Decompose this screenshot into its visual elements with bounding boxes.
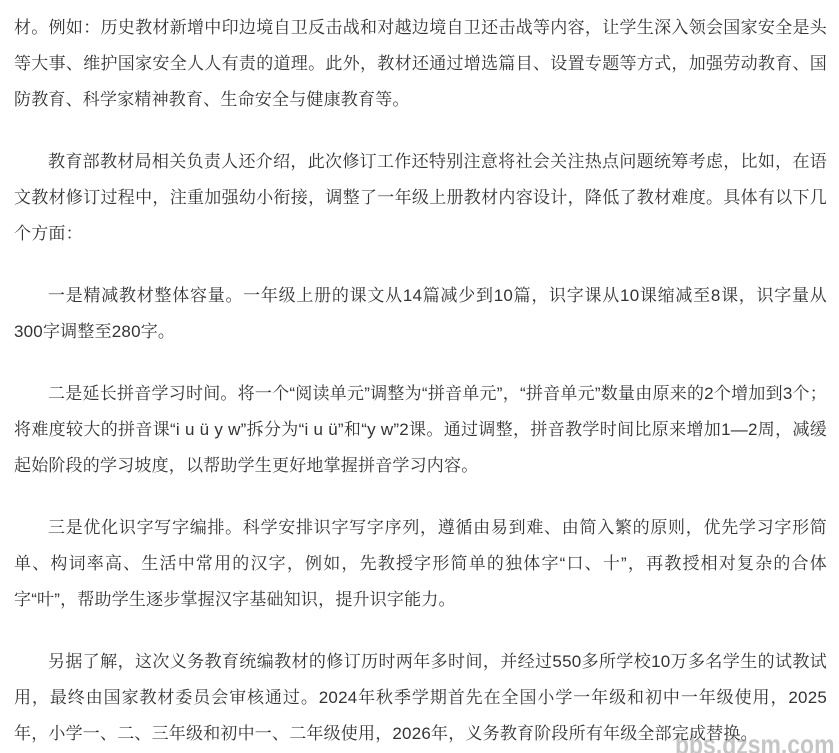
paragraph: 一是精减教材整体容量。一年级上册的课文从14篇减少到10篇，识字课从10课缩减至…	[14, 278, 827, 350]
paragraph: 三是优化识字写字编排。科学安排识字写字序列，遵循由易到难、由简入繁的原则，优先学…	[14, 510, 827, 618]
paragraph: 教育部教材局相关负责人还介绍，此次修订工作还特别注意将社会关注热点问题统筹考虑，…	[14, 144, 827, 252]
paragraph: 材。例如：历史教材新增中印边境自卫反击战和对越边境自卫还击战等内容，让学生深入领…	[14, 10, 827, 118]
paragraph: 另据了解，这次义务教育统编教材的修订历时两年多时间，并经过550多所学校10万多…	[14, 644, 827, 752]
page: { "page": { "background_color": "#ffffff…	[0, 0, 839, 753]
article-body: 材。例如：历史教材新增中印边境自卫反击战和对越边境自卫还击战等内容，让学生深入领…	[0, 0, 839, 752]
paragraph: 二是延长拼音学习时间。将一个“阅读单元”调整为“拼音单元”，“拼音单元”数量由原…	[14, 376, 827, 484]
